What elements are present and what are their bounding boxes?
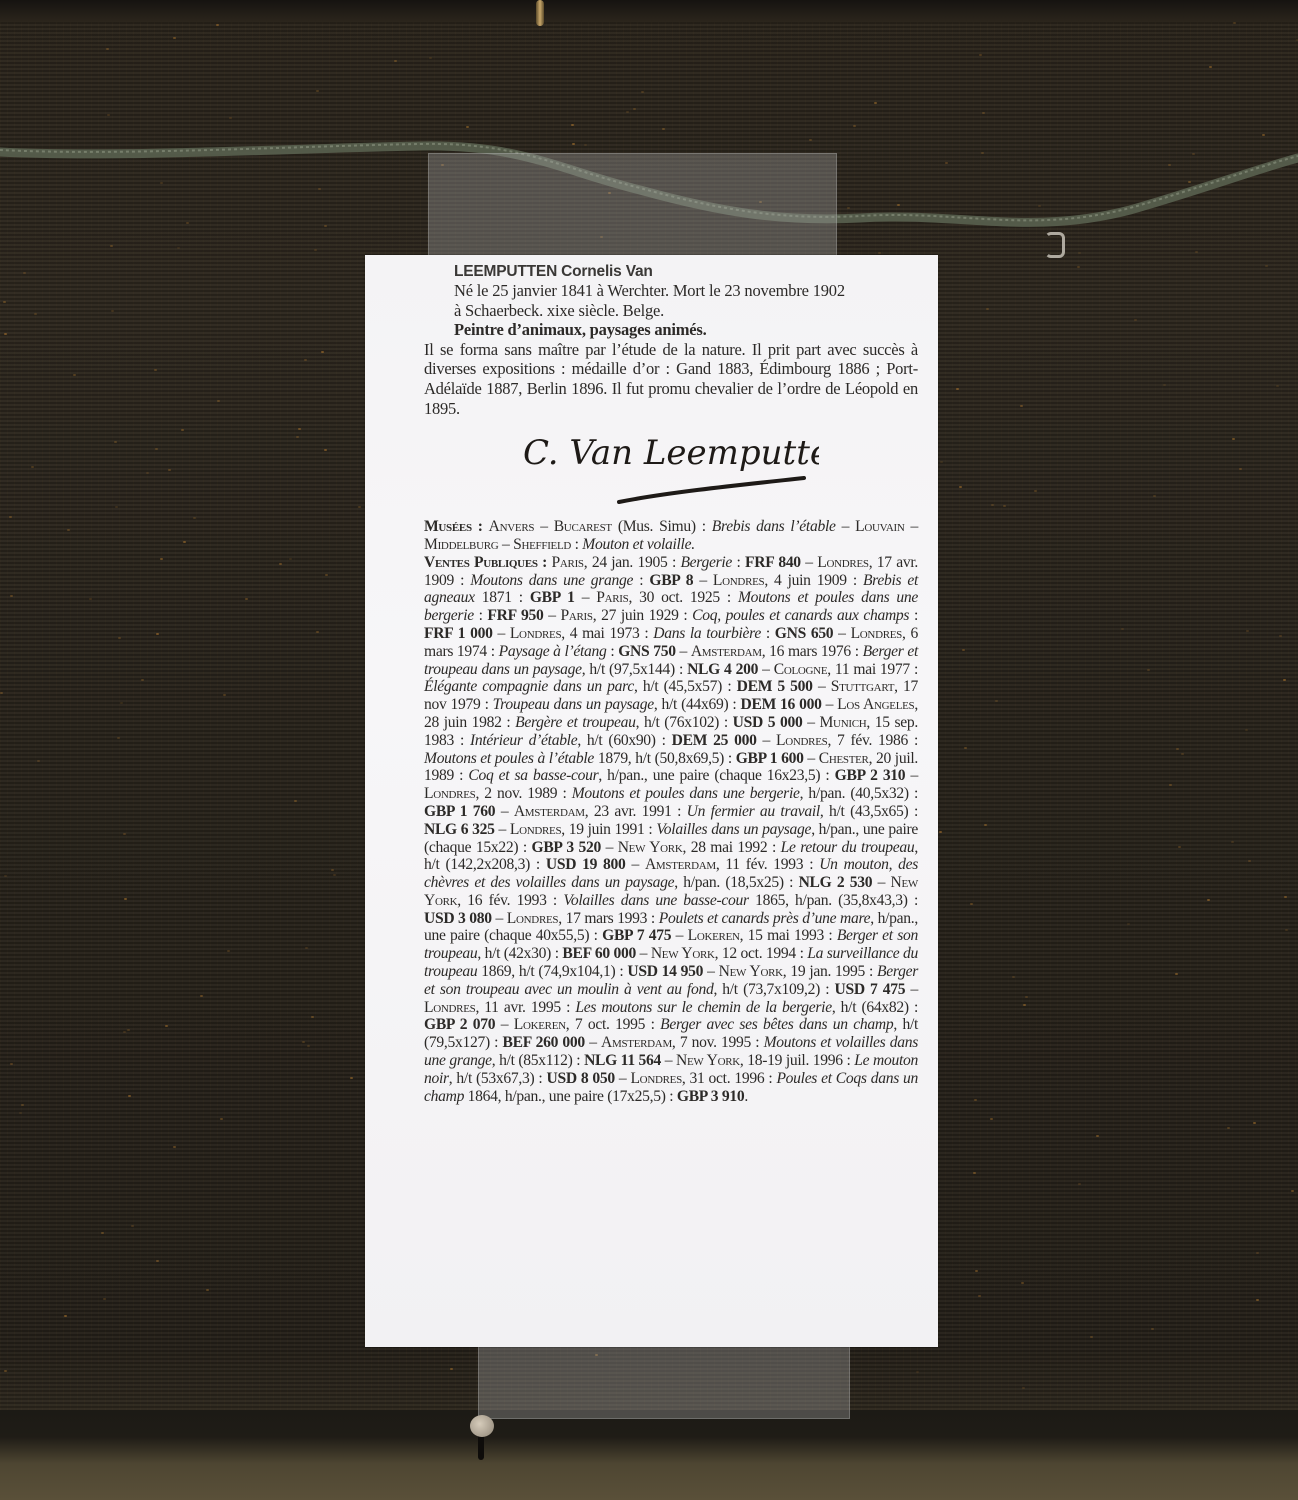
- place-name: New York: [719, 963, 783, 980]
- text-run: , 11 mai 1977 :: [827, 661, 918, 678]
- sale-price: GBP 7 475: [602, 927, 671, 944]
- text-run: , 7 fév. 1986 :: [827, 732, 918, 749]
- artwork-title: Moutons et poules dans une bergerie: [572, 785, 800, 802]
- text-run: –: [534, 518, 554, 535]
- text-run: , h/t (45,5x57) :: [634, 678, 737, 695]
- text-run: –: [615, 1070, 631, 1087]
- sale-price: GNS 750: [618, 643, 675, 660]
- text-run: , h/t (85x112) :: [492, 1052, 584, 1069]
- sale-price: BEF 260 000: [503, 1034, 585, 1051]
- artist-surname: LEEMPUTTEN: [454, 263, 557, 280]
- text-run: :: [607, 643, 619, 660]
- sale-price: DEM 16 000: [741, 696, 822, 713]
- text-run: –: [758, 661, 774, 678]
- place-name: New York: [676, 1052, 740, 1069]
- text-run: , h/pan. (18,5x25) :: [674, 874, 798, 891]
- sale-price: GBP 1 760: [424, 803, 495, 820]
- text-run: , 30 oct. 1925 :: [628, 589, 738, 606]
- signature-drawing: C. Van Leemputten: [519, 426, 819, 516]
- text-run: , 4 mai 1973 :: [561, 625, 653, 642]
- text-run: , 11 fév. 1993 :: [716, 856, 819, 873]
- artwork-title: Coq et sa basse-cour: [468, 767, 598, 784]
- sale-price: USD 14 950: [627, 963, 703, 980]
- artwork-title: Bergerie: [680, 554, 732, 571]
- artwork-title: Mouton et volaille.: [582, 536, 695, 553]
- place-name: Londres: [424, 999, 475, 1016]
- place-name: Lokeren: [688, 927, 740, 944]
- text-run: , 12 oct. 1994 :: [715, 945, 808, 962]
- sale-price: NLG 11 564: [584, 1052, 661, 1069]
- museums-section: Musées : Anvers – Bucarest (Mus. Simu) :…: [424, 518, 918, 554]
- place-name: Londres: [424, 785, 475, 802]
- text-run: , 16 fév. 1993 :: [457, 892, 563, 909]
- text-run: –: [905, 518, 919, 535]
- place-name: Amsterdam: [691, 643, 762, 660]
- text-run: , h/t (42x30) :: [477, 945, 562, 962]
- sale-price: GNS 650: [775, 625, 834, 642]
- artwork-title: Poulets et canards près d’une mare: [659, 910, 871, 927]
- artist-given-names: Cornelis Van: [561, 263, 653, 280]
- text-run: –: [495, 821, 510, 838]
- place-name: Amsterdam: [645, 856, 716, 873]
- artwork-title: Élégante compagnie dans un parc: [424, 678, 634, 695]
- sale-price: FRF 950: [487, 607, 543, 624]
- sale-price: NLG 2 530: [799, 874, 873, 891]
- sale-price: FRF 1 000: [424, 625, 493, 642]
- text-run: –: [575, 589, 597, 606]
- nail-icon: [470, 1415, 494, 1437]
- dictionary-entry-label: LEEMPUTTEN Cornelis Van Né le 25 janvier…: [365, 255, 938, 1347]
- sale-price: GBP 3 520: [531, 839, 601, 856]
- biography-line: à Schaerbeck. xixe siècle. Belge.: [454, 301, 918, 321]
- text-run: , 16 mars 1976 :: [762, 643, 863, 660]
- text-run: , 4 juin 1909 :: [764, 572, 863, 589]
- sale-price: BEF 60 000: [562, 945, 636, 962]
- text-run: 1865, h/pan. (35,8x43,3) :: [749, 892, 918, 909]
- adhesive-tape-bottom: [478, 1345, 850, 1419]
- text-run: –: [836, 518, 856, 535]
- text-run: , 19 juin 1991 :: [561, 821, 656, 838]
- text-run: 1879, h/t (50,8x69,5) :: [594, 750, 736, 767]
- text-run: –: [693, 572, 713, 589]
- text-run: –: [671, 927, 687, 944]
- sale-price: DEM 25 000: [672, 732, 757, 749]
- text-run: :: [909, 607, 918, 624]
- text-run: , h/t (73,7x109,2) :: [713, 981, 834, 998]
- text-run: –: [601, 839, 618, 856]
- text-run: –: [757, 732, 776, 749]
- text-run: , 7 oct. 1995 :: [566, 1016, 660, 1033]
- place-name: Chester: [819, 750, 869, 767]
- artwork-title: Les moutons sur le chemin de la bergerie: [575, 999, 832, 1016]
- place-name: Bucarest: [554, 518, 612, 535]
- frame-bottom-edge: [0, 1410, 1298, 1500]
- text-run: , 19 jan. 1995 :: [783, 963, 877, 980]
- text-run: –: [493, 625, 510, 642]
- signature-facsimile: C. Van Leemputten: [424, 418, 918, 518]
- text-run: –: [872, 874, 890, 891]
- sale-price: GBP 1: [530, 589, 575, 606]
- text-run: , h/t (53x67,3) :: [449, 1070, 547, 1087]
- artwork-title: Bergère et troupeau: [515, 714, 635, 731]
- text-run: –: [498, 536, 513, 553]
- artwork-title: Moutons et poules à l’étable: [424, 750, 594, 767]
- biography-line: Né le 25 janvier 1841 à Werchter. Mort l…: [454, 281, 918, 301]
- text-run: , 24 jan. 1905 :: [584, 554, 681, 571]
- text-run: –: [703, 963, 718, 980]
- text-run: –: [636, 945, 651, 962]
- adhesive-tape-top: [428, 153, 837, 259]
- text-run: , 11 avr. 1995 :: [475, 999, 575, 1016]
- specialty: Peintre d’animaux, paysages animés.: [454, 320, 918, 340]
- place-name: Londres: [510, 625, 561, 642]
- text-run: –: [661, 1052, 676, 1069]
- place-name: Amsterdam: [514, 803, 585, 820]
- museums-list: Anvers – Bucarest (Mus. Simu) : Brebis d…: [424, 518, 918, 553]
- place-name: Londres: [713, 572, 764, 589]
- artwork-title: Troupeau dans un paysage: [493, 696, 654, 713]
- place-name: New York: [618, 839, 683, 856]
- sale-price: DEM 5 500: [737, 678, 813, 695]
- text-run: :: [571, 536, 582, 553]
- text-run: –: [676, 643, 691, 660]
- text-run: , h/t (97,5x144) :: [582, 661, 687, 678]
- text-run: 1869, h/t (74,9x104,1) :: [477, 963, 627, 980]
- artwork-title: Paysage à l’étang: [499, 643, 607, 660]
- sale-price: GBP 3 910: [677, 1088, 744, 1105]
- public-sales-heading: Ventes Publiques :: [424, 554, 547, 571]
- place-name: Sheffield: [513, 536, 571, 553]
- text-run: , 27 juin 1929 :: [593, 607, 692, 624]
- text-run: , 28 mai 1992 :: [682, 839, 780, 856]
- place-name: Londres: [510, 821, 561, 838]
- place-name: Stuttgart: [831, 678, 894, 695]
- sale-price: GBP 2 310: [835, 767, 906, 784]
- museums-heading: Musées :: [424, 518, 483, 535]
- text-run: –: [833, 625, 850, 642]
- text-run: :: [633, 572, 649, 589]
- sale-price: FRF 840: [745, 554, 801, 571]
- public-sales-list: Paris, 24 jan. 1905 : Bergerie : FRF 840…: [424, 554, 918, 1105]
- text-run: 1871 :: [475, 589, 530, 606]
- text-run: , h/pan. (40,5x32) :: [800, 785, 918, 802]
- text-run: (Mus. Simu) :: [612, 518, 712, 535]
- place-name: Lokeren: [514, 1016, 566, 1033]
- text-run: –: [905, 981, 918, 998]
- artwork-title: Volailles dans une basse-cour: [563, 892, 748, 909]
- place-name: Los Angeles: [837, 696, 914, 713]
- text-run: :: [732, 554, 745, 571]
- place-name: Londres: [776, 732, 827, 749]
- text-run: –: [626, 856, 645, 873]
- sale-price: USD 5 000: [733, 714, 803, 731]
- sale-price: GBP 1 600: [736, 750, 804, 767]
- text-run: –: [543, 607, 560, 624]
- artwork-title: Dans la tourbière: [653, 625, 761, 642]
- sale-price: USD 8 050: [547, 1070, 615, 1087]
- text-run: :: [761, 625, 775, 642]
- text-run: –: [813, 678, 831, 695]
- text-run: –: [801, 554, 817, 571]
- sale-price: NLG 4 200: [687, 661, 758, 678]
- description: Il se forma sans maître par l’étude de l…: [424, 340, 918, 418]
- place-name: Paris: [596, 589, 628, 606]
- text-run: , 18-19 juil. 1996 :: [740, 1052, 854, 1069]
- text-run: , h/t (76x102) :: [636, 714, 733, 731]
- sale-price: NLG 6 325: [424, 821, 495, 838]
- text-run: –: [492, 910, 507, 927]
- text-run: –: [822, 696, 838, 713]
- text-run: , 17 mars 1993 :: [558, 910, 658, 927]
- text-run: , 7 nov. 1995 :: [672, 1034, 764, 1051]
- artwork-title: Intérieur d’étable: [470, 732, 577, 749]
- place-name: Munich: [819, 714, 866, 731]
- text-run: 1864, h/pan., une paire (17x25,5) :: [464, 1088, 677, 1105]
- text-run: –: [802, 714, 819, 731]
- place-name: Londres: [817, 554, 868, 571]
- artwork-title: Coq, poules et canards aux champs: [692, 607, 909, 624]
- artwork-title: Le retour du troupeau: [781, 839, 915, 856]
- text-run: .: [744, 1088, 748, 1105]
- artwork-title: Un fermier au travail: [687, 803, 820, 820]
- artist-name: LEEMPUTTEN Cornelis Van: [454, 262, 918, 281]
- place-name: Anvers: [489, 518, 535, 535]
- sale-price: GBP 2 070: [424, 1016, 495, 1033]
- text-run: , h/t (43,5x65) :: [820, 803, 918, 820]
- artwork-title: Brebis dans l’étable: [712, 518, 836, 535]
- place-name: Amsterdam: [601, 1034, 672, 1051]
- text-run: , 31 oct. 1996 :: [682, 1070, 777, 1087]
- text-run: , h/pan., une paire (chaque 16x23,5) :: [598, 767, 834, 784]
- text-run: , 23 avr. 1991 :: [585, 803, 687, 820]
- place-name: New York: [651, 945, 715, 962]
- text-run: , 2 nov. 1989 :: [475, 785, 571, 802]
- public-sales-section: Ventes Publiques : Paris, 24 jan. 1905 :…: [424, 554, 918, 1106]
- artwork-title: Berger avec ses bêtes dans un champ: [660, 1016, 893, 1033]
- place-name: Cologne: [774, 661, 828, 678]
- text-run: , h/t (44x69) :: [654, 696, 741, 713]
- artwork-title: Volailles dans un paysage: [656, 821, 811, 838]
- artwork-title: Moutons dans une grange: [470, 572, 633, 589]
- text-run: –: [804, 750, 819, 767]
- place-name: Louvain: [855, 518, 904, 535]
- place-name: Londres: [507, 910, 558, 927]
- svg-text:C. Van Leemputten: C. Van Leemputten: [523, 433, 819, 473]
- sale-price: USD 3 080: [424, 910, 492, 927]
- text-run: , h/t (64x82) :: [832, 999, 918, 1016]
- place-name: Paris: [560, 607, 592, 624]
- text-run: –: [585, 1034, 601, 1051]
- place-name: Paris: [552, 554, 584, 571]
- sale-price: USD 7 475: [835, 981, 906, 998]
- text-run: , h/t (60x90) :: [577, 732, 671, 749]
- text-run: –: [495, 1016, 513, 1033]
- place-name: Londres: [630, 1070, 681, 1087]
- text-run: , 15 mai 1993 :: [740, 927, 837, 944]
- text-run: :: [474, 607, 488, 624]
- text-run: –: [495, 803, 514, 820]
- place-name: Londres: [851, 625, 902, 642]
- sale-price: GBP 8: [649, 572, 693, 589]
- place-name: Middelburg: [424, 536, 498, 553]
- sale-price: USD 19 800: [546, 856, 626, 873]
- text-run: –: [905, 767, 918, 784]
